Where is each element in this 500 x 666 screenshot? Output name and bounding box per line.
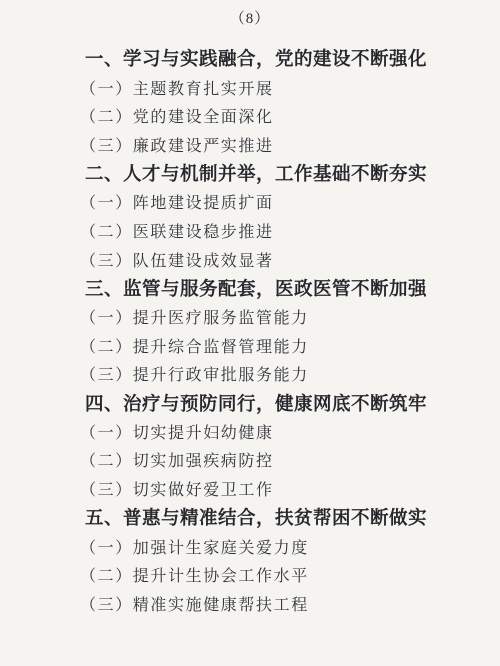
section-heading: 三、监管与服务配套，医政医管不断加强 bbox=[80, 275, 427, 301]
section-heading: 五、普惠与精准结合，扶贫帮困不断做实 bbox=[80, 504, 427, 530]
outline-item: （二）提升综合监督管理能力 bbox=[80, 334, 309, 357]
outline-item: （二）医联建设稳步推进 bbox=[80, 219, 274, 242]
outline-item: （一）主题教育扎实开展 bbox=[80, 76, 274, 99]
outline-row: （一）阵地建设提质扩面 bbox=[80, 187, 480, 216]
outline-item: （三）队伍建设成效显著 bbox=[80, 248, 274, 271]
outline-row: （二）医联建设稳步推进 bbox=[80, 216, 480, 245]
outline-row: （三）提升行政审批服务能力 bbox=[80, 360, 480, 389]
outline-row: （三）廉政建设严实推进 bbox=[80, 130, 480, 159]
section-heading: 二、人才与机制并举，工作基础不断夯实 bbox=[80, 160, 427, 186]
document-page: （8） 一、学习与实践融合，党的建设不断强化 （一）主题教育扎实开展 （二）党的… bbox=[0, 0, 500, 666]
section-block: 三、监管与服务配套，医政医管不断加强 bbox=[80, 274, 480, 303]
section-block: 四、治疗与预防同行，健康网底不断筑牢 bbox=[80, 388, 480, 417]
section-heading: 一、学习与实践融合，党的建设不断强化 bbox=[80, 45, 427, 71]
outline-item: （二）提升计生协会工作水平 bbox=[80, 563, 309, 586]
outline-row: （三）精准实施健康帮扶工程 bbox=[80, 589, 480, 618]
section-block: 一、学习与实践融合，党的建设不断强化 bbox=[80, 44, 480, 73]
outline-row: （三）切实做好爱卫工作 bbox=[80, 474, 480, 503]
outline-item: （二）党的建设全面深化 bbox=[80, 104, 274, 127]
outline-row: （一）切实提升妇幼健康 bbox=[80, 417, 480, 446]
outline-item: （三）廉政建设严实推进 bbox=[80, 133, 274, 156]
outline-row: （二）提升计生协会工作水平 bbox=[80, 560, 480, 589]
outline-item: （一）提升医疗服务监管能力 bbox=[80, 305, 309, 328]
outline-row: （一）加强计生家庭关爱力度 bbox=[80, 532, 480, 561]
outline-row: （二）党的建设全面深化 bbox=[80, 101, 480, 130]
outline-item: （一）加强计生家庭关爱力度 bbox=[80, 535, 309, 558]
outline-row: （二）提升综合监督管理能力 bbox=[80, 331, 480, 360]
outline-row: （一）提升医疗服务监管能力 bbox=[80, 302, 480, 331]
section-block: 五、普惠与精准结合，扶贫帮困不断做实 bbox=[80, 503, 480, 532]
outline-item: （一）切实提升妇幼健康 bbox=[80, 420, 274, 443]
outline-item: （三）提升行政审批服务能力 bbox=[80, 362, 309, 385]
outline-row: （二）切实加强疾病防控 bbox=[80, 446, 480, 475]
outline-item: （三）切实做好爱卫工作 bbox=[80, 477, 274, 500]
section-heading: 四、治疗与预防同行，健康网底不断筑牢 bbox=[80, 390, 427, 416]
outline-item: （二）切实加强疾病防控 bbox=[80, 448, 274, 471]
outline-row: （一）主题教育扎实开展 bbox=[80, 73, 480, 102]
outline-list: 一、学习与实践融合，党的建设不断强化 （一）主题教育扎实开展 （二）党的建设全面… bbox=[80, 44, 480, 618]
section-block: 二、人才与机制并举，工作基础不断夯实 bbox=[80, 159, 480, 188]
outline-row: （三）队伍建设成效显著 bbox=[80, 245, 480, 274]
outline-item: （一）阵地建设提质扩面 bbox=[80, 190, 274, 213]
outline-item: （三）精准实施健康帮扶工程 bbox=[80, 592, 309, 615]
page-number: （8） bbox=[0, 7, 500, 28]
